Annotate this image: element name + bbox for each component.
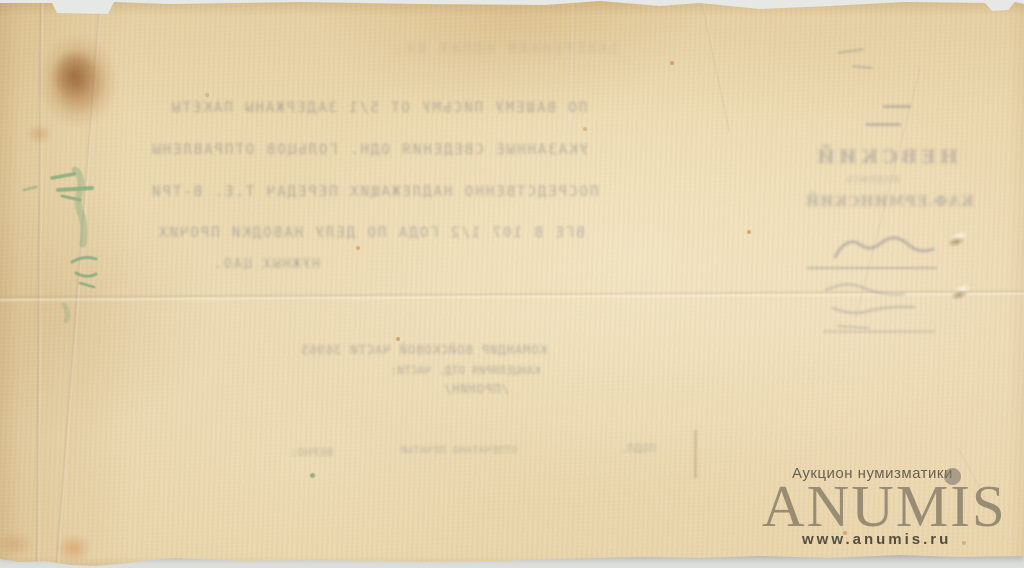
bleedthrough-paragraph-line: ПОСРЕДСТВЕННО НАДЛЕЖАЩИХ ПЕРЕДАЧ Т.Е. В-…	[150, 184, 598, 200]
bleedthrough-paragraph-line: УКАЗАННЫЕ СВЕДЕНИЯ ОДН. ГОЛЬЦОВ ОТПРАВЛЕ…	[150, 142, 588, 158]
rust-speck	[962, 541, 966, 545]
bleedthrough-certify-segment: ПОДЛ.	[620, 442, 656, 455]
watermark-brand: ANUMIS	[762, 477, 1007, 536]
rust-speck	[396, 337, 400, 341]
bleedthrough-text: УКАЗАННЫЕ СВЕДЕНИЯ ОДН. ГОЛЬЦОВ ОТПРАВЛЕ…	[150, 142, 588, 158]
bleedthrough-text: ВЕРНО:	[290, 446, 333, 459]
bleedthrough-dash	[823, 330, 935, 333]
watermark-url: www.anumis.ru	[802, 531, 951, 548]
rust-speck	[205, 93, 209, 97]
bleedthrough-underline	[807, 267, 937, 269]
bleedthrough-text: НУЖНЫХ ЦАО.	[212, 257, 320, 272]
rust-speck	[356, 246, 360, 250]
bleedthrough-text: ПОДЛ.	[620, 442, 656, 455]
bleedthrough-text: ЗАВЕРЕННАЯ КОПИЯ ВХ.	[392, 42, 619, 57]
bleedthrough-dash	[883, 105, 911, 108]
aged-paper-sheet: ЗАВЕРЕННАЯ КОПИЯ ВХ. ПО ВАШЕМУ ПИСЬМУ ОТ…	[0, 0, 1024, 568]
bleedthrough-signature-scribble	[830, 222, 940, 267]
rust-speck	[583, 127, 587, 131]
rust-speck	[670, 61, 674, 65]
bleedthrough-text: ПОСРЕДСТВЕННО НАДЛЕЖАЩИХ ПЕРЕДАЧ Т.Е. В-…	[150, 184, 598, 200]
bleedthrough-text: ПО ВАШЕМУ ПИСЬМУ ОТ 5/1 ЗАДЕРЖАНЫ ПАКЕТЫ	[170, 100, 587, 116]
bleedthrough-certify-segment: ВЕРНО:	[290, 446, 333, 459]
bleedthrough-paragraph-line: ВГЕ В 107 1/2 ГОДА ПО ДЕЛУ НАВОДКИ ПРОЧИ…	[157, 225, 585, 241]
bleedthrough-paragraph-line: ПО ВАШЕМУ ПИСЬМУ ОТ 5/1 ЗАДЕРЖАНЫ ПАКЕТЫ	[170, 100, 587, 116]
bleedthrough-text: КАФ.ЕРМИНСКИЙ	[805, 194, 974, 210]
bleedthrough-dash	[866, 123, 901, 126]
green-ink-speck	[310, 473, 315, 478]
bleedthrough-stamp-line: подпись	[845, 172, 900, 185]
bleedthrough-signature-line: /ПРОНИН/	[443, 382, 509, 396]
rust-speck	[747, 230, 751, 234]
bleedthrough-text: КАНЦЕЛЯРИЯ ОТД. ЧАСТИ:	[390, 365, 540, 377]
bleedthrough-text: подпись	[845, 172, 900, 185]
bleedthrough-certify-segment: ОТПЕЧАТАНО ПЕЧАТЬЮ	[400, 445, 517, 456]
bleedthrough-signature-line: КОМАНДИР ВОЙСКОВОЙ ЧАСТИ 36965	[300, 343, 547, 357]
bleedthrough-scribble	[818, 278, 943, 338]
bleedthrough-paragraph-line: НУЖНЫХ ЦАО.	[212, 257, 320, 272]
bleedthrough-stamp-line: КАФ.ЕРМИНСКИЙ	[805, 194, 974, 210]
bleedthrough-text: КОМАНДИР ВОЙСКОВОЙ ЧАСТИ 36965	[300, 343, 547, 357]
bleedthrough-text: /ПРОНИН/	[443, 382, 509, 396]
green-ink-marks	[20, 165, 120, 330]
bleedthrough-stamp-line: НЕВСКИЙ	[813, 146, 958, 168]
bleedthrough-signature-line: КАНЦЕЛЯРИЯ ОТД. ЧАСТИ:	[390, 365, 540, 377]
bleedthrough-text: ВГЕ В 107 1/2 ГОДА ПО ДЕЛУ НАВОДКИ ПРОЧИ…	[157, 225, 585, 241]
photo-of-aged-document: ЗАВЕРЕННАЯ КОПИЯ ВХ. ПО ВАШЕМУ ПИСЬМУ ОТ…	[0, 0, 1024, 568]
bleedthrough-text: НЕВСКИЙ	[813, 146, 958, 168]
bleedthrough-header-line: ЗАВЕРЕННАЯ КОПИЯ ВХ.	[392, 42, 619, 57]
bleedthrough-text: ОТПЕЧАТАНО ПЕЧАТЬЮ	[400, 445, 517, 456]
